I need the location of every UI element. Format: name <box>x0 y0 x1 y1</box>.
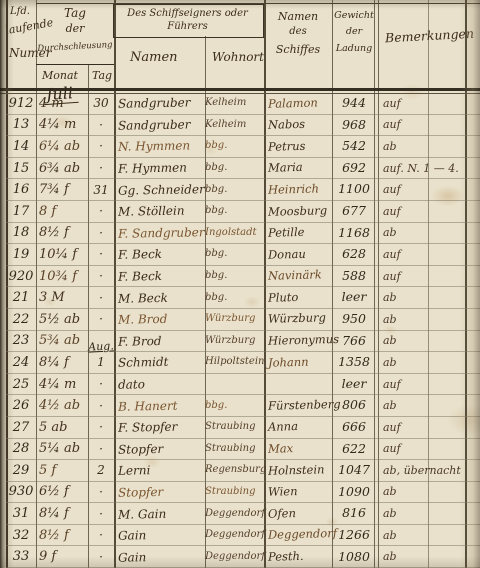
table-row: 31 8¼ f · M. Gain Deggendorf Ofen 816 ab <box>6 503 480 525</box>
cell-cargo-weight: 628 <box>332 248 376 261</box>
cell-ship-name: Moosburg <box>264 205 332 218</box>
cell-running-number: 33 <box>6 550 36 563</box>
cell-cargo-weight: 816 <box>332 507 376 520</box>
cell-remark: ab <box>376 357 397 368</box>
cell-running-number: 930 <box>6 485 36 498</box>
table-row: 28 5¼ ab · Stopfer Straubing Max 622 auf <box>6 439 480 461</box>
cell-residence: Ingolstadt <box>205 228 264 238</box>
cell-ship-name: Pesth. <box>264 550 332 563</box>
cell-residence: Kelheim <box>205 120 264 130</box>
cell-running-number: 32 <box>6 529 36 542</box>
cell-day: · <box>88 205 114 217</box>
cell-remark: ab <box>376 551 397 562</box>
cell-passage-time: 8 f <box>36 205 88 218</box>
cell-cargo-weight: 692 <box>332 162 376 175</box>
cell-residence: bbg. <box>205 185 264 195</box>
month-day-header-rule <box>36 64 114 65</box>
cell-running-number: 26 <box>6 399 36 412</box>
cell-running-number: 15 <box>6 162 36 175</box>
cell-running-number: 21 <box>6 291 36 304</box>
cell-cargo-weight: leer <box>332 291 376 304</box>
cell-cargo-weight: 622 <box>332 443 376 456</box>
table-row: 33 9 f · Gain Deggendorf Pesth. 1080 ab <box>6 546 480 568</box>
cell-cargo-weight: 1168 <box>332 227 376 240</box>
cell-cargo-weight: 677 <box>332 205 376 218</box>
cell-ship-name: Nabos <box>264 118 332 131</box>
table-row: 16 7¾ f 31 Gg. Schneider bbg. Heinrich 1… <box>6 179 480 201</box>
cell-residence: Straubing <box>205 487 264 497</box>
cell-day: · <box>88 270 114 282</box>
passage-header-line2: der <box>36 22 114 35</box>
cell-remark: auf. N. 1 — 4. <box>376 163 459 174</box>
weight-header-line2: der <box>333 26 375 37</box>
cell-cargo-weight: leer <box>332 378 376 391</box>
cell-day: · <box>88 248 114 260</box>
owner-name-subheader: Namen <box>130 50 178 65</box>
cell-ship-name: Max <box>264 442 332 455</box>
cell-residence: Deggendorf <box>205 530 264 540</box>
cell-running-number: 13 <box>6 118 36 131</box>
cell-owner-name: Stopfer <box>114 485 205 499</box>
cell-cargo-weight: 1080 <box>332 551 376 564</box>
cell-remark: auf <box>376 379 401 390</box>
cell-owner-name: F. Brod <box>114 334 205 348</box>
cell-running-number: 16 <box>6 183 36 196</box>
cell-owner-name: F. Sandgruber <box>114 226 205 240</box>
cell-passage-time: 8¼ f <box>36 507 88 520</box>
cell-passage-time: 8½ f <box>36 226 88 239</box>
cell-remark: auf <box>376 443 401 454</box>
cell-owner-name: M. Brod <box>114 312 205 326</box>
cell-running-number: 31 <box>6 507 36 520</box>
cell-day: Aug. <box>88 341 115 353</box>
cell-running-number: 18 <box>6 226 36 239</box>
table-row: 25 4¼ m · dato leer auf <box>6 374 480 396</box>
cell-remark: auf <box>376 422 401 433</box>
table-row: 13 4¼ m · Sandgruber Kelheim Nabos 968 a… <box>6 115 480 137</box>
cell-remark: auf <box>376 249 401 260</box>
table-row: 23 5¾ ab Aug. F. Brod Würzburg Hieronymu… <box>6 331 480 353</box>
cell-owner-name: dato <box>114 377 205 391</box>
cell-owner-name: M. Gain <box>114 507 205 521</box>
cell-running-number: 22 <box>6 313 36 326</box>
cell-running-number: 912 <box>6 97 36 110</box>
cell-owner-name: F. Hymmen <box>114 161 205 175</box>
cell-remark: ab <box>376 508 397 519</box>
cell-owner-name: Sandgruber <box>114 97 205 111</box>
owner-header-line1: Des Schiffseigners oder <box>115 8 260 19</box>
cell-ship-name: Donau <box>264 248 332 261</box>
cell-passage-time: 6½ f <box>36 485 88 498</box>
table-row: 15 6¾ ab · F. Hymmen bbg. Maria 692 auf.… <box>6 158 480 180</box>
cell-cargo-weight: 950 <box>332 313 376 326</box>
cell-residence: bbg. <box>205 271 264 281</box>
ledger-rows: 912 4 m 30 Sandgruber Kelheim Palamon 94… <box>6 93 480 568</box>
cell-running-number: 24 <box>6 356 36 369</box>
cell-passage-time: 5¾ ab <box>36 334 88 347</box>
cell-passage-time: 4¼ m <box>36 378 88 391</box>
cell-day: · <box>88 313 114 325</box>
cell-day: · <box>88 443 114 455</box>
cell-residence: Kelheim <box>205 98 264 108</box>
table-row: 27 5 ab · F. Stopfer Straubing Anna 666 … <box>6 417 480 439</box>
cell-remark: ab <box>376 400 397 411</box>
cell-owner-name: M. Beck <box>114 291 205 305</box>
cell-cargo-weight: 1266 <box>332 529 376 542</box>
cell-day: · <box>88 486 114 498</box>
cell-owner-name: Gain <box>114 528 205 542</box>
table-row: 24 8¼ f 1 Schmidt Hilpoltstein Johann 13… <box>6 352 480 374</box>
cell-cargo-weight: 588 <box>332 270 376 283</box>
cell-ship-name: Holnstein <box>264 464 332 477</box>
cell-day: · <box>88 421 114 433</box>
cell-ship-name: Hieronymus <box>264 334 332 347</box>
cell-passage-time: 6¼ ab <box>36 140 88 153</box>
passage-header-line1: Tag <box>36 6 114 20</box>
cell-day: · <box>88 378 114 390</box>
cell-cargo-weight: 944 <box>332 97 376 110</box>
month-subheader: Monat <box>42 69 78 82</box>
cell-passage-time: 5 ab <box>36 421 88 434</box>
cell-cargo-weight: 1100 <box>332 183 376 196</box>
cell-running-number: 23 <box>6 334 36 347</box>
cell-owner-name: N. Hymmen <box>114 140 205 154</box>
cell-residence: Würzburg <box>205 314 264 324</box>
cell-remark: auf <box>376 271 401 282</box>
cell-residence: Straubing <box>205 444 264 454</box>
cell-owner-name: B. Hanert <box>114 399 205 413</box>
cell-running-number: 27 <box>6 421 36 434</box>
cell-residence: bbg. <box>205 163 264 173</box>
cell-day: 31 <box>88 184 114 196</box>
cell-ship-name: Anna <box>264 421 332 434</box>
cell-running-number: 19 <box>6 248 36 261</box>
cell-remark: ab <box>376 141 397 152</box>
cell-residence: bbg. <box>205 401 264 411</box>
cell-remark: ab, übernacht <box>376 465 461 476</box>
cell-cargo-weight: 1047 <box>332 464 376 477</box>
cell-owner-name: F. Beck <box>114 248 205 262</box>
cell-running-number: 28 <box>6 442 36 455</box>
cell-ship-name: Heinrich <box>264 183 332 196</box>
cell-passage-time: 5 f <box>36 464 88 477</box>
cell-day: · <box>88 140 114 152</box>
cell-cargo-weight: 542 <box>332 140 376 153</box>
cell-residence: bbg. <box>205 249 264 259</box>
ship-header-line3: Schiffes <box>266 43 330 56</box>
cell-passage-time: 8¼ f <box>36 356 88 369</box>
cell-ship-name <box>264 383 332 385</box>
cell-day: · <box>88 227 114 239</box>
table-row: 21 3 M · M. Beck bbg. Pluto leer ab <box>6 287 480 309</box>
cell-owner-name: Stopfer <box>114 442 205 456</box>
cell-residence: bbg. <box>205 293 264 303</box>
number-header-abbr: Lfd. <box>10 6 30 17</box>
weight-header-line1: Gewicht <box>333 10 375 21</box>
cell-running-number: 29 <box>6 464 36 477</box>
cell-remark: ab <box>376 335 397 346</box>
cell-day: · <box>88 508 114 520</box>
table-row: 930 6½ f · Stopfer Straubing Wien 1090 a… <box>6 482 480 504</box>
cell-residence: bbg. <box>205 141 264 151</box>
owner-header-line2: Führers <box>115 21 260 32</box>
cell-ship-name: Pluto <box>264 291 332 304</box>
cell-owner-name: Sandgruber <box>114 118 205 132</box>
cell-running-number: 920 <box>6 270 36 283</box>
cell-remark: auf <box>376 206 401 217</box>
cell-residence: Hilpoltstein <box>205 357 264 367</box>
table-row: 14 6¼ ab · N. Hymmen bbg. Petrus 542 ab <box>6 136 480 158</box>
table-row: 26 4½ ab · B. Hanert bbg. Fürstenberg 80… <box>6 395 480 417</box>
cell-passage-time: 8½ f <box>36 529 88 542</box>
cell-residence: Deggendorf <box>205 509 264 519</box>
cell-ship-name: Johann <box>264 356 332 369</box>
cell-owner-name: Lerni <box>114 464 205 478</box>
cell-remark: ab <box>376 292 397 303</box>
owner-residence-subheader: Wohnort <box>212 50 264 64</box>
cell-cargo-weight: 968 <box>332 119 376 132</box>
cell-passage-time: 3 M <box>36 291 88 304</box>
cell-day: 2 <box>88 464 114 476</box>
cell-ship-name: Petille <box>264 226 332 239</box>
cell-ship-name: Deggendorf <box>264 529 332 542</box>
cell-owner-name: Schmidt <box>114 356 205 370</box>
cell-cargo-weight: 666 <box>332 421 376 434</box>
month-start-label: Juli <box>43 83 78 105</box>
cell-passage-time: 7¾ f <box>36 183 88 196</box>
cell-ship-name: Wien <box>264 485 332 498</box>
cell-residence: Deggendorf <box>205 552 264 562</box>
cell-passage-time: 10¼ f <box>36 248 88 261</box>
cell-day: · <box>88 162 114 174</box>
cell-passage-time: 10¾ f <box>36 270 88 283</box>
cell-passage-time: 4¼ m <box>36 118 88 131</box>
table-row: 920 10¾ f · F. Beck bbg. Navinärk 588 au… <box>6 266 480 288</box>
cell-ship-name: Petrus <box>264 140 332 153</box>
table-row: 22 5½ ab · M. Brod Würzburg Würzburg 950… <box>6 309 480 331</box>
cell-day: 1 <box>88 356 114 368</box>
cell-residence: bbg. <box>205 206 264 216</box>
cell-day: · <box>88 529 114 541</box>
cell-owner-name: F. Beck <box>114 269 205 283</box>
cell-owner-name: F. Stopfer <box>114 420 205 434</box>
ship-header-line2: des <box>266 26 330 37</box>
cell-owner-name: M. Stöllein <box>114 204 205 218</box>
cell-ship-name: Ofen <box>264 507 332 520</box>
table-row: 17 8 f · M. Stöllein bbg. Moosburg 677 a… <box>6 201 480 223</box>
cell-owner-name: Gg. Schneider <box>114 183 205 197</box>
cell-ship-name: Maria <box>264 161 332 174</box>
cell-remark: auf <box>376 184 401 195</box>
cell-running-number: 14 <box>6 140 36 153</box>
cell-day: · <box>88 400 114 412</box>
cell-residence: Würzburg <box>205 336 264 346</box>
cell-residence: Regensburg <box>205 465 264 475</box>
cell-remark: ab <box>376 486 397 497</box>
cell-day: · <box>88 119 114 131</box>
cell-day: · <box>88 551 114 563</box>
cell-cargo-weight: 1090 <box>332 486 376 499</box>
cell-ship-name: Navinärk <box>264 269 332 282</box>
table-row: 29 5 f 2 Lerni Regensburg Holnstein 1047… <box>6 460 480 482</box>
weight-header-line3: Ladung <box>333 43 375 54</box>
table-row: 19 10¼ f · F. Beck bbg. Donau 628 auf <box>6 244 480 266</box>
ledger-page: Lfd. laufende Numer Tag der Durchschleus… <box>0 0 480 568</box>
cell-owner-name: Gain <box>114 550 205 564</box>
cell-remark: auf <box>376 98 401 109</box>
table-row: 18 8½ f · F. Sandgruber Ingolstadt Petil… <box>6 223 480 245</box>
cell-ship-name: Palamon <box>264 97 332 110</box>
cell-remark: auf <box>376 119 401 130</box>
cell-residence: Straubing <box>205 422 264 432</box>
cell-passage-time: 5¼ ab <box>36 442 88 455</box>
cell-passage-time: 6¾ ab <box>36 162 88 175</box>
day-subheader: Tag <box>92 69 112 82</box>
cell-running-number: 17 <box>6 205 36 218</box>
cell-running-number: 25 <box>6 378 36 391</box>
cell-passage-time: 9 f <box>36 550 88 563</box>
ship-header-line1: Namen <box>266 10 330 23</box>
cell-day: · <box>88 292 114 304</box>
cell-cargo-weight: 1358 <box>332 356 376 369</box>
cell-passage-time: 4½ ab <box>36 399 88 412</box>
cell-ship-name: Würzburg <box>264 313 332 326</box>
cell-remark: ab <box>376 227 397 238</box>
cell-remark: ab <box>376 314 397 325</box>
table-row: 32 8½ f · Gain Deggendorf Deggendorf 126… <box>6 525 480 547</box>
cell-remark: ab <box>376 530 397 541</box>
cell-passage-time: 5½ ab <box>36 313 88 326</box>
cell-day: 30 <box>88 97 114 109</box>
cell-ship-name: Fürstenberg <box>264 399 332 412</box>
